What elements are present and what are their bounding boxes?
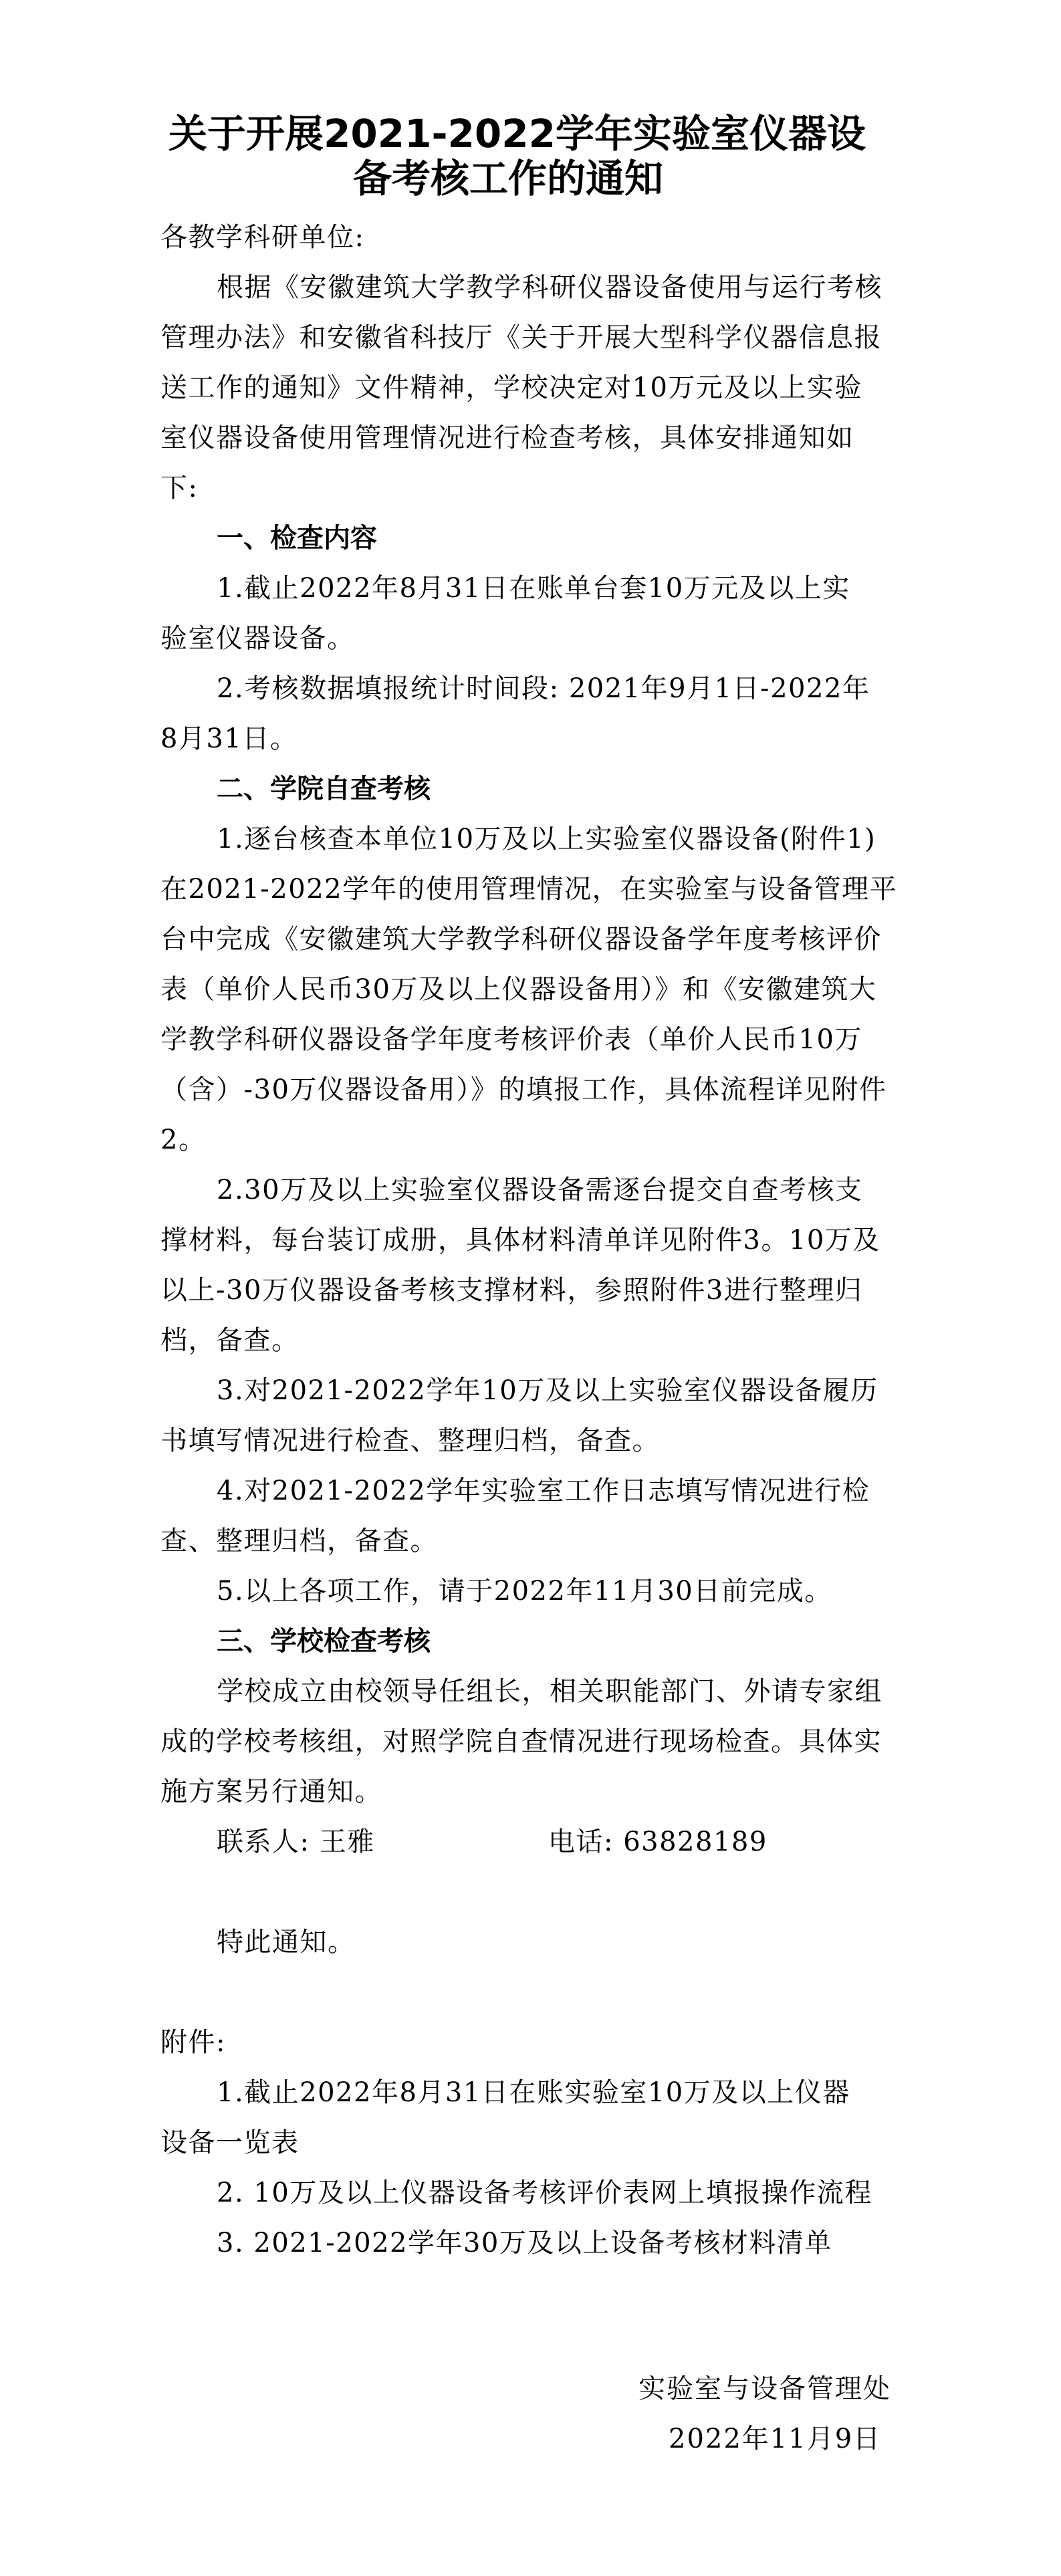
intro-line: 送工作的通知》文件精神，学校决定对10万元及以上实验 [160, 371, 903, 404]
section-2-line: 3.对2021-2022学年10万及以上实验室仪器设备履历 [217, 1374, 959, 1407]
intro-line: 下: [160, 471, 903, 505]
section-2-line: 2.30万及以上实验室仪器设备需逐台提交自查考核支 [217, 1173, 959, 1207]
document-page: 关于开展2021-2022学年实验室仪器设 备考核工作的通知 各教学科研单位: … [0, 0, 1061, 2576]
attachments-label: 附件: [160, 2026, 903, 2059]
contact-phone-label: 电话: [548, 1827, 614, 1857]
section-2-line: 学教学科研仪器设备学年度考核评价表（单价人民币10万 [160, 1023, 903, 1056]
attachment-item-2: 2. 10万及以上仪器设备考核评价表网上填报操作流程 [217, 2176, 959, 2210]
section-2-line: 表（单价人民币30万及以上仪器设备用）》和《安徽建筑大 [160, 973, 903, 1006]
section-2-line: 1.逐台核查本单位10万及以上实验室仪器设备(附件1) [217, 822, 959, 856]
salutation: 各教学科研单位: [160, 221, 903, 254]
attachment-item-3: 3. 2021-2022学年30万及以上设备考核材料清单 [217, 2226, 959, 2260]
section-heading-1: 一、检查内容 [217, 521, 959, 555]
section-3-line: 学校成立由校领导任组长，相关职能部门、外请专家组 [217, 1675, 959, 1708]
section-1-line: 8月31日。 [160, 722, 903, 755]
section-2-line: 2。 [160, 1123, 903, 1157]
intro-line: 室仪器设备使用管理情况进行检查考核，具体安排通知如 [160, 421, 903, 455]
section-heading-2: 二、学院自查考核 [217, 772, 959, 806]
section-2-line: 查、整理归档，备查。 [160, 1524, 903, 1558]
section-2-line: 撑材料，每台装订成册，具体材料清单详见附件3。10万及 [160, 1223, 903, 1257]
signature-date: 2022年11月9日 [669, 2422, 881, 2456]
contact-phone: 电话: 63828189 [548, 1825, 768, 1859]
section-2-line: 台中完成《安徽建筑大学教学科研仪器设备学年度考核评价 [160, 923, 903, 956]
intro-line: 根据《安徽建筑大学教学科研仪器设备使用与运行考核 [217, 271, 959, 304]
section-3-line: 施方案另行通知。 [160, 1775, 903, 1808]
document-title-line-2: 备考核工作的通知 [40, 155, 976, 202]
document-title-line-1: 关于开展2021-2022学年实验室仪器设 [0, 110, 1048, 157]
section-2-line: 5.以上各项工作，请于2022年11月30日前完成。 [217, 1574, 959, 1608]
attachment-item-1: 1.截止2022年8月31日在账实验室10万及以上仪器 [217, 2076, 959, 2109]
section-heading-3: 三、学校检查考核 [217, 1625, 959, 1658]
section-2-line: 书填写情况进行检查、整理归档，备查。 [160, 1424, 903, 1457]
intro-line: 管理办法》和安徽省科技厅《关于开展大型科学仪器信息报 [160, 321, 903, 354]
contact-person-name: 王雅 [320, 1827, 375, 1857]
section-1-line: 验室仪器设备。 [160, 622, 903, 655]
attachment-item-1-cont: 设备一览表 [160, 2126, 903, 2159]
section-2-line: （含）-30万仪器设备用）》的填报工作，具体流程详见附件 [160, 1073, 903, 1106]
section-3-line: 成的学校考核组，对照学院自查情况进行现场检查。具体实 [160, 1725, 903, 1758]
signature-office: 实验室与设备管理处 [638, 2372, 891, 2406]
section-2-line: 档，备查。 [160, 1324, 903, 1357]
closing-text: 特此通知。 [217, 1925, 959, 1959]
section-2-line: 在2021-2022学年的使用管理情况，在实验室与设备管理平 [160, 872, 903, 906]
contact-person: 联系人: 王雅 [217, 1825, 375, 1859]
section-2-line: 以上-30万仪器设备考核支撑材料，参照附件3进行整理归 [160, 1274, 903, 1307]
contact-person-label: 联系人: [217, 1827, 310, 1857]
contact-phone-number: 63828189 [623, 1827, 768, 1857]
section-2-line: 4.对2021-2022学年实验室工作日志填写情况进行检 [217, 1474, 959, 1508]
section-1-line: 2.考核数据填报统计时间段: 2021年9月1日-2022年 [217, 672, 959, 705]
section-1-line: 1.截止2022年8月31日在账单台套10万元及以上实 [217, 572, 959, 605]
